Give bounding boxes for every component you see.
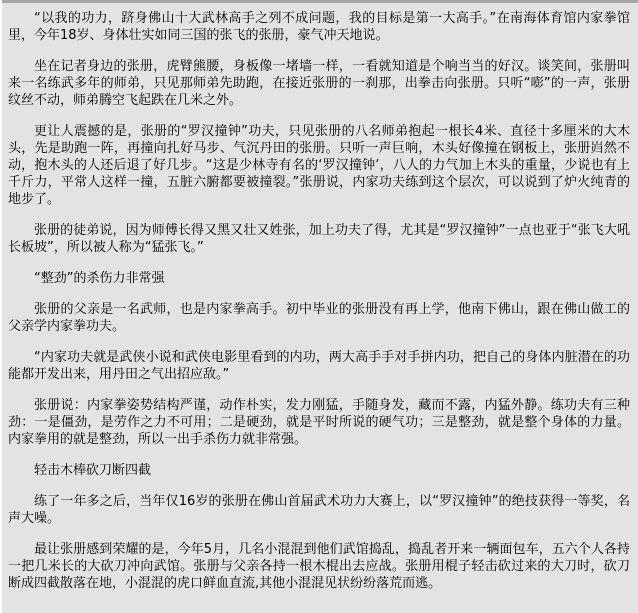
paragraph-hooligans: 最让张册感到荣耀的是，今年5月，几名小混混到他们武馆捣乱，捣乱者开来一辆面包车，…: [8, 541, 630, 592]
paragraph-father: 张册的父亲是一名武师，也是内家拳高手。初中毕业的张册没有再上学，他南下佛山，跟在…: [8, 301, 630, 335]
section-heading-zhengjin: “整劲”的杀伤力非常强: [8, 270, 630, 287]
paragraph-competition: 练了一年多之后，当年仅16岁的张册在佛山首届武术功力大赛上，以“罗汉撞钟”的绝技…: [8, 493, 630, 527]
section-heading-knife: 轻击木棒砍刀断四截: [8, 462, 630, 479]
paragraph-demo: 坐在记者身边的张册，虎臂熊腰，身板像一堵墙一样，一看就知道是个响当当的好汉。谈笑…: [8, 58, 630, 109]
paragraph-intro: “以我的功力，跻身佛山十大武林高手之列不成问题，我的目标是第一大高手。”在南海体…: [8, 10, 630, 44]
paragraph-neijia-quote: “内家功夫就是武侠小说和武侠电影里看到的内功，两大高手手对手拼内功，把自己的身体…: [8, 349, 630, 383]
article-page: “以我的功力，跻身佛山十大武林高手之列不成问题，我的目标是第一大高手。”在南海体…: [0, 0, 638, 613]
paragraph-nickname: 张册的徒弟说，因为师傅长得又黑又壮又姓张，加上功夫了得，尤其是“罗汉撞钟”一点也…: [8, 222, 630, 256]
paragraph-luohan-bell: 更让人震撼的是，张册的“罗汉撞钟”功夫，只见张册的八名师弟抱起一根长4米、直径十…: [8, 123, 630, 208]
paragraph-three-jin: 张册说：内家拳姿势结构严谨，动作朴实，发力刚猛，手随身发，藏而不露，内猛外静。练…: [8, 397, 630, 448]
article-content: “以我的功力，跻身佛山十大武林高手之列不成问题，我的目标是第一大高手。”在南海体…: [0, 0, 638, 592]
